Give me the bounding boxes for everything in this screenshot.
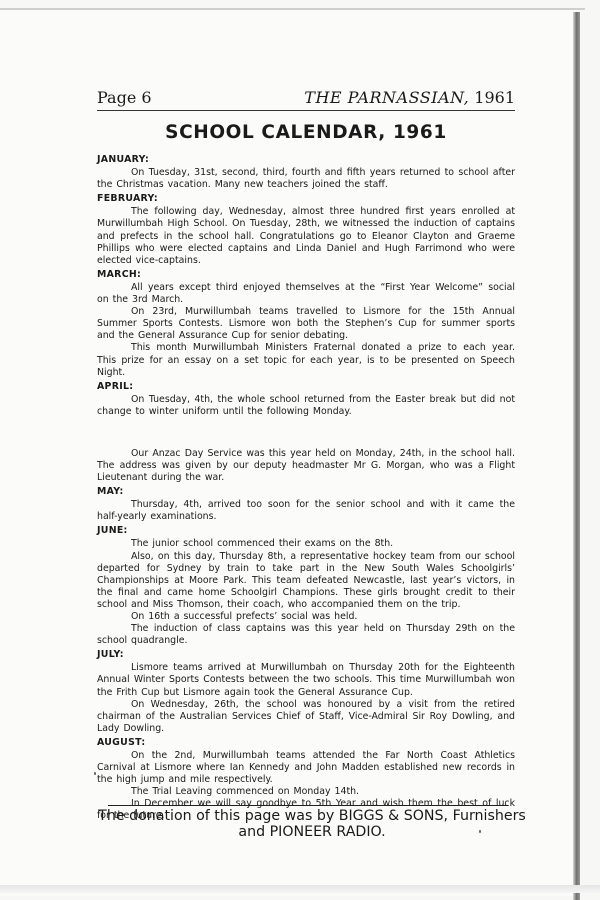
calendar-paragraph: On the 2nd, Murwillumbah teams attended … [97,750,515,786]
calendar-paragraph: The junior school commenced their exams … [97,538,515,550]
month-section: MARCH:All years except third enjoyed the… [97,269,515,379]
month-section: MAY:Thursday, 4th, arrived too soon for … [97,486,515,523]
binding-shadow [573,12,580,900]
month-heading: MARCH: [97,269,515,281]
month-section: APRIL:On Tuesday, 4th, the whole school … [97,381,515,484]
running-header: Page 6 THE PARNASSIAN, 1961 [97,88,515,111]
footer-line-2: and PIONEER RADIO. [97,824,527,840]
month-heading: AUGUST: [97,737,515,749]
calendar-paragraph: On Wednesday, 26th, the school was honou… [97,699,515,735]
month-section: FEBRUARY:The following day, Wednesday, a… [97,193,515,267]
month-section: JULY:Lismore teams arrived at Murwillumb… [97,649,515,735]
calendar-paragraph: This month Murwillumbah Ministers Frater… [97,342,515,378]
calendar-paragraph: All years except third enjoyed themselve… [97,282,515,306]
month-heading: JULY: [97,649,515,661]
calendar-paragraph: The following day, Wednesday, almost thr… [97,206,515,266]
month-section: JANUARY:On Tuesday, 31st, second, third,… [97,154,515,191]
month-heading: JANUARY: [97,154,515,166]
calendar-content: JANUARY:On Tuesday, 31st, second, third,… [97,152,515,823]
calendar-paragraph: The induction of class captains was this… [97,623,515,647]
calendar-paragraph: Also, on this day, Thursday 8th, a repre… [97,551,515,611]
month-heading: JUNE: [97,525,515,537]
calendar-paragraph: On 16th a successful prefects’ social wa… [97,611,515,623]
scan-speck [479,830,481,833]
journal-name: THE PARNASSIAN, [304,88,469,107]
scan-speck [94,772,96,775]
paragraph-gap [97,427,515,438]
month-heading: FEBRUARY: [97,193,515,205]
calendar-paragraph: The Trial Leaving commenced on Monday 14… [97,786,515,798]
calendar-paragraph: Our Anzac Day Service was this year held… [97,448,515,484]
footer-line-1: The donation of this page was by BIGGS &… [97,808,527,824]
calendar-paragraph: Lismore teams arrived at Murwillumbah on… [97,662,515,698]
footer-divider [108,805,508,806]
calendar-paragraph: Thursday, 4th, arrived too soon for the … [97,499,515,523]
month-section: JUNE:The junior school commenced their e… [97,525,515,647]
calendar-paragraph: On Tuesday, 31st, second, third, fourth … [97,167,515,191]
month-heading: MAY: [97,486,515,498]
donation-footer: The donation of this page was by BIGGS &… [97,808,527,840]
calendar-paragraph: On 23rd, Murwillumbah teams travelled to… [97,306,515,342]
page-bottom-edge [0,885,600,893]
journal-title: THE PARNASSIAN, 1961 [304,88,515,107]
page-top-edge [0,8,585,10]
month-heading: APRIL: [97,381,515,393]
calendar-paragraph: On Tuesday, 4th, the whole school return… [97,394,515,418]
page-number: Page 6 [97,88,152,107]
page-title: SCHOOL CALENDAR, 1961 [97,122,515,143]
journal-year: 1961 [474,88,515,107]
